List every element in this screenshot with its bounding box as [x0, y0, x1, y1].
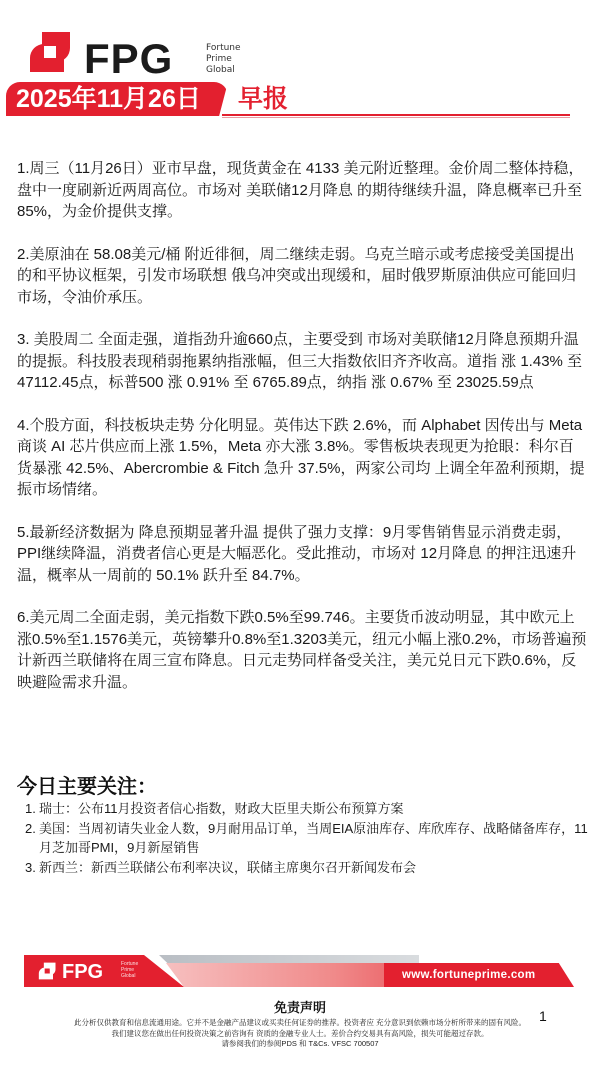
website-link[interactable]: www.fortuneprime.com — [402, 969, 535, 981]
focus-item-switzerland: 1. 瑞士：公布11月投资者信心指数，财政大臣里夫斯公布预算方案 — [25, 799, 590, 819]
brand-subtitle: Fortune Prime Global — [206, 43, 241, 76]
news-content: 1.周三（11月26日）亚市早盘，现货黄金在 4133 美元附近整理。金价周二整… — [17, 158, 587, 714]
news-item-individual-stocks: 4.个股方面，科技板块走势 分化明显。英伟达下跌 2.6%，而 Alphabet… — [17, 415, 587, 501]
focus-list: 1. 瑞士：公布11月投资者信心指数，财政大臣里夫斯公布预算方案 2. 美国：当… — [25, 799, 590, 877]
brand-name: FPG — [84, 38, 173, 80]
disclaimer-title: 免责声明 — [0, 997, 600, 1016]
fpg-logo-icon — [38, 961, 58, 981]
footer-brand-name: FPG — [62, 961, 103, 983]
footer-banner: FPG Fortune Prime Global www.fortuneprim… — [24, 955, 574, 987]
news-item-economic-data: 5.最新经济数据为 降息预期显著升温 提供了强力支撑：9月零售销售显示消费走弱，… — [17, 522, 587, 587]
news-item-usd: 6.美元周二全面走弱，美元指数下跌0.5%至99.746。主要货币波动明显，其中… — [17, 607, 587, 693]
focus-item-us: 2. 美国：当周初请失业金人数，9月耐用品订单，当周EIA原油库存、库欣库存、战… — [25, 819, 590, 858]
report-date: 2025年11月26日 — [6, 82, 228, 116]
disclaimer-text: 此分析仅供教育和信息流通用途。它并不是金融产品建议或买卖任何证券的推荐。投资者应… — [20, 1018, 580, 1050]
news-item-us-stocks: 3. 美股周二 全面走强，道指劲升逾660点，主要受到 市场对美联储12月降息预… — [17, 329, 587, 394]
header-divider-secondary — [222, 117, 570, 118]
report-title: 早报 — [238, 84, 288, 114]
header-divider — [222, 114, 570, 116]
news-item-oil: 2.美原油在 58.08美元/桶 附近徘徊，周二继续走弱。乌克兰暗示或考虑接受美… — [17, 244, 587, 309]
focus-section-title: 今日主要关注： — [17, 770, 157, 799]
focus-item-new-zealand: 3. 新西兰：新西兰联储公布利率决议，联储主席奥尔召开新闻发布会 — [25, 858, 590, 878]
news-item-gold: 1.周三（11月26日）亚市早盘，现货黄金在 4133 美元附近整理。金价周二整… — [17, 158, 587, 223]
fpg-logo-icon — [28, 28, 76, 76]
footer-brand-subtitle: Fortune Prime Global — [121, 961, 138, 979]
